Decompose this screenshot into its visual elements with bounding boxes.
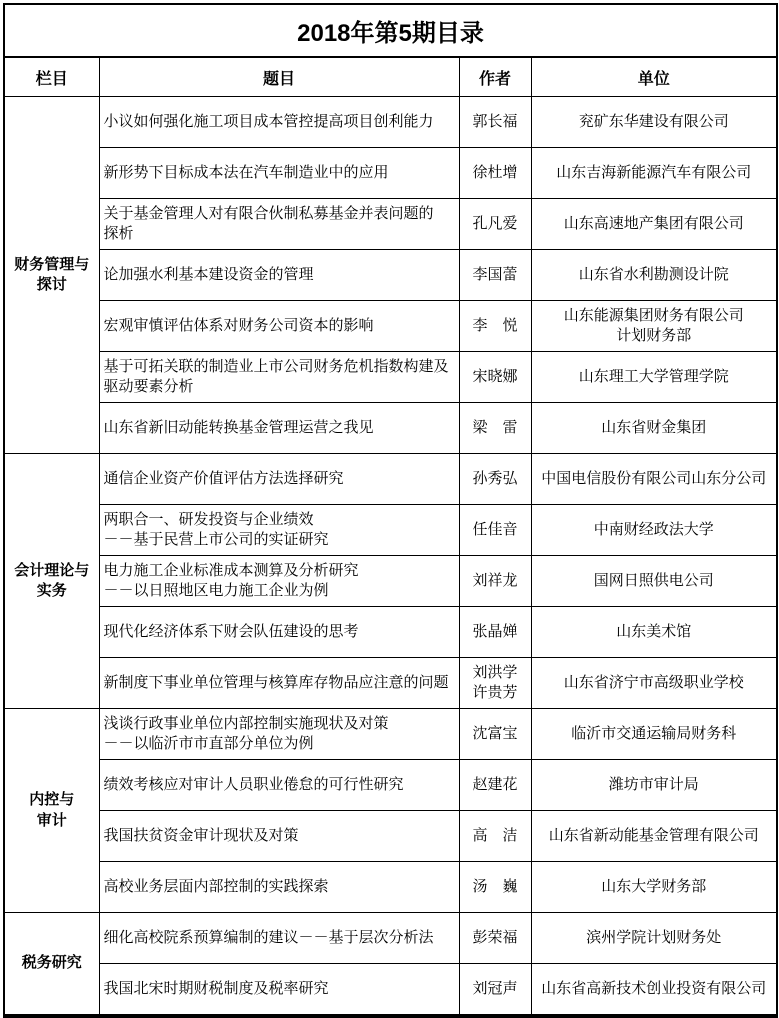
title-cell: 山东省新旧动能转换基金管理运营之我见 (99, 403, 459, 454)
org-cell: 山东美术馆 (531, 607, 777, 658)
table-row: 绩效考核应对审计人员职业倦怠的可行性研究 赵建花 潍坊市审计局 (4, 760, 777, 811)
title-cell: 我国北宋时期财税制度及税率研究 (99, 964, 459, 1017)
author-cell: 孙秀弘 (459, 454, 531, 505)
table-row: 新制度下事业单位管理与核算库存物品应注意的问题 刘洪学 许贵芳 山东省济宁市高级… (4, 658, 777, 709)
author-cell: 高 洁 (459, 811, 531, 862)
author-cell: 孔凡爱 (459, 199, 531, 250)
title-cell: 电力施工企业标准成本测算及分析研究 －－以日照地区电力施工企业为例 (99, 556, 459, 607)
col-header-author: 作者 (459, 57, 531, 97)
author-cell: 刘洪学 许贵芳 (459, 658, 531, 709)
title-cell: 现代化经济体系下财会队伍建设的思考 (99, 607, 459, 658)
table-row: 论加强水利基本建设资金的管理 李国蕾 山东省水利勘测设计院 (4, 250, 777, 301)
org-cell: 山东省高新技术创业投资有限公司 (531, 964, 777, 1017)
org-cell: 中国电信股份有限公司山东分公司 (531, 454, 777, 505)
org-cell: 兖矿东华建设有限公司 (531, 97, 777, 148)
author-cell: 沈富宝 (459, 709, 531, 760)
section-label-tax: 税务研究 (4, 913, 99, 1017)
document-page: 2018年第5期目录 栏目 题目 作者 单位 财务管理与 探讨 小议如何强化施工… (0, 0, 779, 1016)
col-header-section: 栏目 (4, 57, 99, 97)
table-row: 基于可拓关联的制造业上市公司财务危机指数构建及 驱动要素分析 宋晓娜 山东理工大… (4, 352, 777, 403)
org-cell: 山东吉海新能源汽车有限公司 (531, 148, 777, 199)
org-cell: 中南财经政法大学 (531, 505, 777, 556)
author-cell: 宋晓娜 (459, 352, 531, 403)
title-cell: 关于基金管理人对有限合伙制私募基金并表问题的 探析 (99, 199, 459, 250)
page-title: 2018年第5期目录 (4, 4, 777, 57)
author-cell: 赵建花 (459, 760, 531, 811)
table-row: 高校业务层面内部控制的实践探索 汤 巍 山东大学财务部 (4, 862, 777, 913)
author-cell: 张晶婵 (459, 607, 531, 658)
org-cell: 滨州学院计划财务处 (531, 913, 777, 964)
org-cell: 潍坊市审计局 (531, 760, 777, 811)
title-cell: 细化高校院系预算编制的建议－－基于层次分析法 (99, 913, 459, 964)
author-cell: 汤 巍 (459, 862, 531, 913)
org-cell: 山东省新动能基金管理有限公司 (531, 811, 777, 862)
title-cell: 新制度下事业单位管理与核算库存物品应注意的问题 (99, 658, 459, 709)
col-header-title: 题目 (99, 57, 459, 97)
title-cell: 基于可拓关联的制造业上市公司财务危机指数构建及 驱动要素分析 (99, 352, 459, 403)
section-label-audit: 内控与 审计 (4, 709, 99, 913)
title-cell: 高校业务层面内部控制的实践探索 (99, 862, 459, 913)
title-cell: 绩效考核应对审计人员职业倦怠的可行性研究 (99, 760, 459, 811)
author-cell: 任佳音 (459, 505, 531, 556)
author-cell: 刘冠声 (459, 964, 531, 1017)
org-cell: 国网日照供电公司 (531, 556, 777, 607)
title-cell: 论加强水利基本建设资金的管理 (99, 250, 459, 301)
org-cell: 山东省水利勘测设计院 (531, 250, 777, 301)
col-header-organization: 单位 (531, 57, 777, 97)
table-row: 新形势下目标成本法在汽车制造业中的应用 徐杜增 山东吉海新能源汽车有限公司 (4, 148, 777, 199)
org-cell: 山东省济宁市高级职业学校 (531, 658, 777, 709)
org-cell: 山东省财金集团 (531, 403, 777, 454)
title-cell: 宏观审慎评估体系对财务公司资本的影响 (99, 301, 459, 352)
table-row: 我国扶贫资金审计现状及对策 高 洁 山东省新动能基金管理有限公司 (4, 811, 777, 862)
table-row: 会计理论与 实务 通信企业资产价值评估方法选择研究 孙秀弘 中国电信股份有限公司… (4, 454, 777, 505)
table-row: 财务管理与 探讨 小议如何强化施工项目成本管控提高项目创利能力 郭长福 兖矿东华… (4, 97, 777, 148)
table-row: 宏观审慎评估体系对财务公司资本的影响 李 悦 山东能源集团财务有限公司 计划财务… (4, 301, 777, 352)
table-row: 我国北宋时期财税制度及税率研究 刘冠声 山东省高新技术创业投资有限公司 (4, 964, 777, 1017)
org-cell: 山东理工大学管理学院 (531, 352, 777, 403)
table-row: 现代化经济体系下财会队伍建设的思考 张晶婵 山东美术馆 (4, 607, 777, 658)
table-row: 两职合一、研发投资与企业绩效 －－基于民营上市公司的实证研究 任佳音 中南财经政… (4, 505, 777, 556)
table-row: 内控与 审计 浅谈行政事业单位内部控制实施现状及对策 －－以临沂市市直部分单位为… (4, 709, 777, 760)
table-row: 山东省新旧动能转换基金管理运营之我见 梁 雷 山东省财金集团 (4, 403, 777, 454)
title-cell: 小议如何强化施工项目成本管控提高项目创利能力 (99, 97, 459, 148)
table-row: 税务研究 细化高校院系预算编制的建议－－基于层次分析法 彭荣福 滨州学院计划财务… (4, 913, 777, 964)
org-cell: 临沂市交通运输局财务科 (531, 709, 777, 760)
org-cell: 山东能源集团财务有限公司 计划财务部 (531, 301, 777, 352)
title-cell: 浅谈行政事业单位内部控制实施现状及对策 －－以临沂市市直部分单位为例 (99, 709, 459, 760)
table-row: 关于基金管理人对有限合伙制私募基金并表问题的 探析 孔凡爱 山东高速地产集团有限… (4, 199, 777, 250)
author-cell: 徐杜增 (459, 148, 531, 199)
section-label-accounting: 会计理论与 实务 (4, 454, 99, 709)
org-cell: 山东高速地产集团有限公司 (531, 199, 777, 250)
author-cell: 彭荣福 (459, 913, 531, 964)
title-cell: 通信企业资产价值评估方法选择研究 (99, 454, 459, 505)
author-cell: 李国蕾 (459, 250, 531, 301)
author-cell: 刘祥龙 (459, 556, 531, 607)
author-cell: 郭长福 (459, 97, 531, 148)
title-cell: 新形势下目标成本法在汽车制造业中的应用 (99, 148, 459, 199)
author-cell: 李 悦 (459, 301, 531, 352)
section-label-finance: 财务管理与 探讨 (4, 97, 99, 454)
title-cell: 我国扶贫资金审计现状及对策 (99, 811, 459, 862)
title-row: 2018年第5期目录 (4, 4, 777, 57)
title-cell: 两职合一、研发投资与企业绩效 －－基于民营上市公司的实证研究 (99, 505, 459, 556)
toc-table: 2018年第5期目录 栏目 题目 作者 单位 财务管理与 探讨 小议如何强化施工… (3, 3, 778, 1018)
org-cell: 山东大学财务部 (531, 862, 777, 913)
table-row: 电力施工企业标准成本测算及分析研究 －－以日照地区电力施工企业为例 刘祥龙 国网… (4, 556, 777, 607)
header-row: 栏目 题目 作者 单位 (4, 57, 777, 97)
author-cell: 梁 雷 (459, 403, 531, 454)
